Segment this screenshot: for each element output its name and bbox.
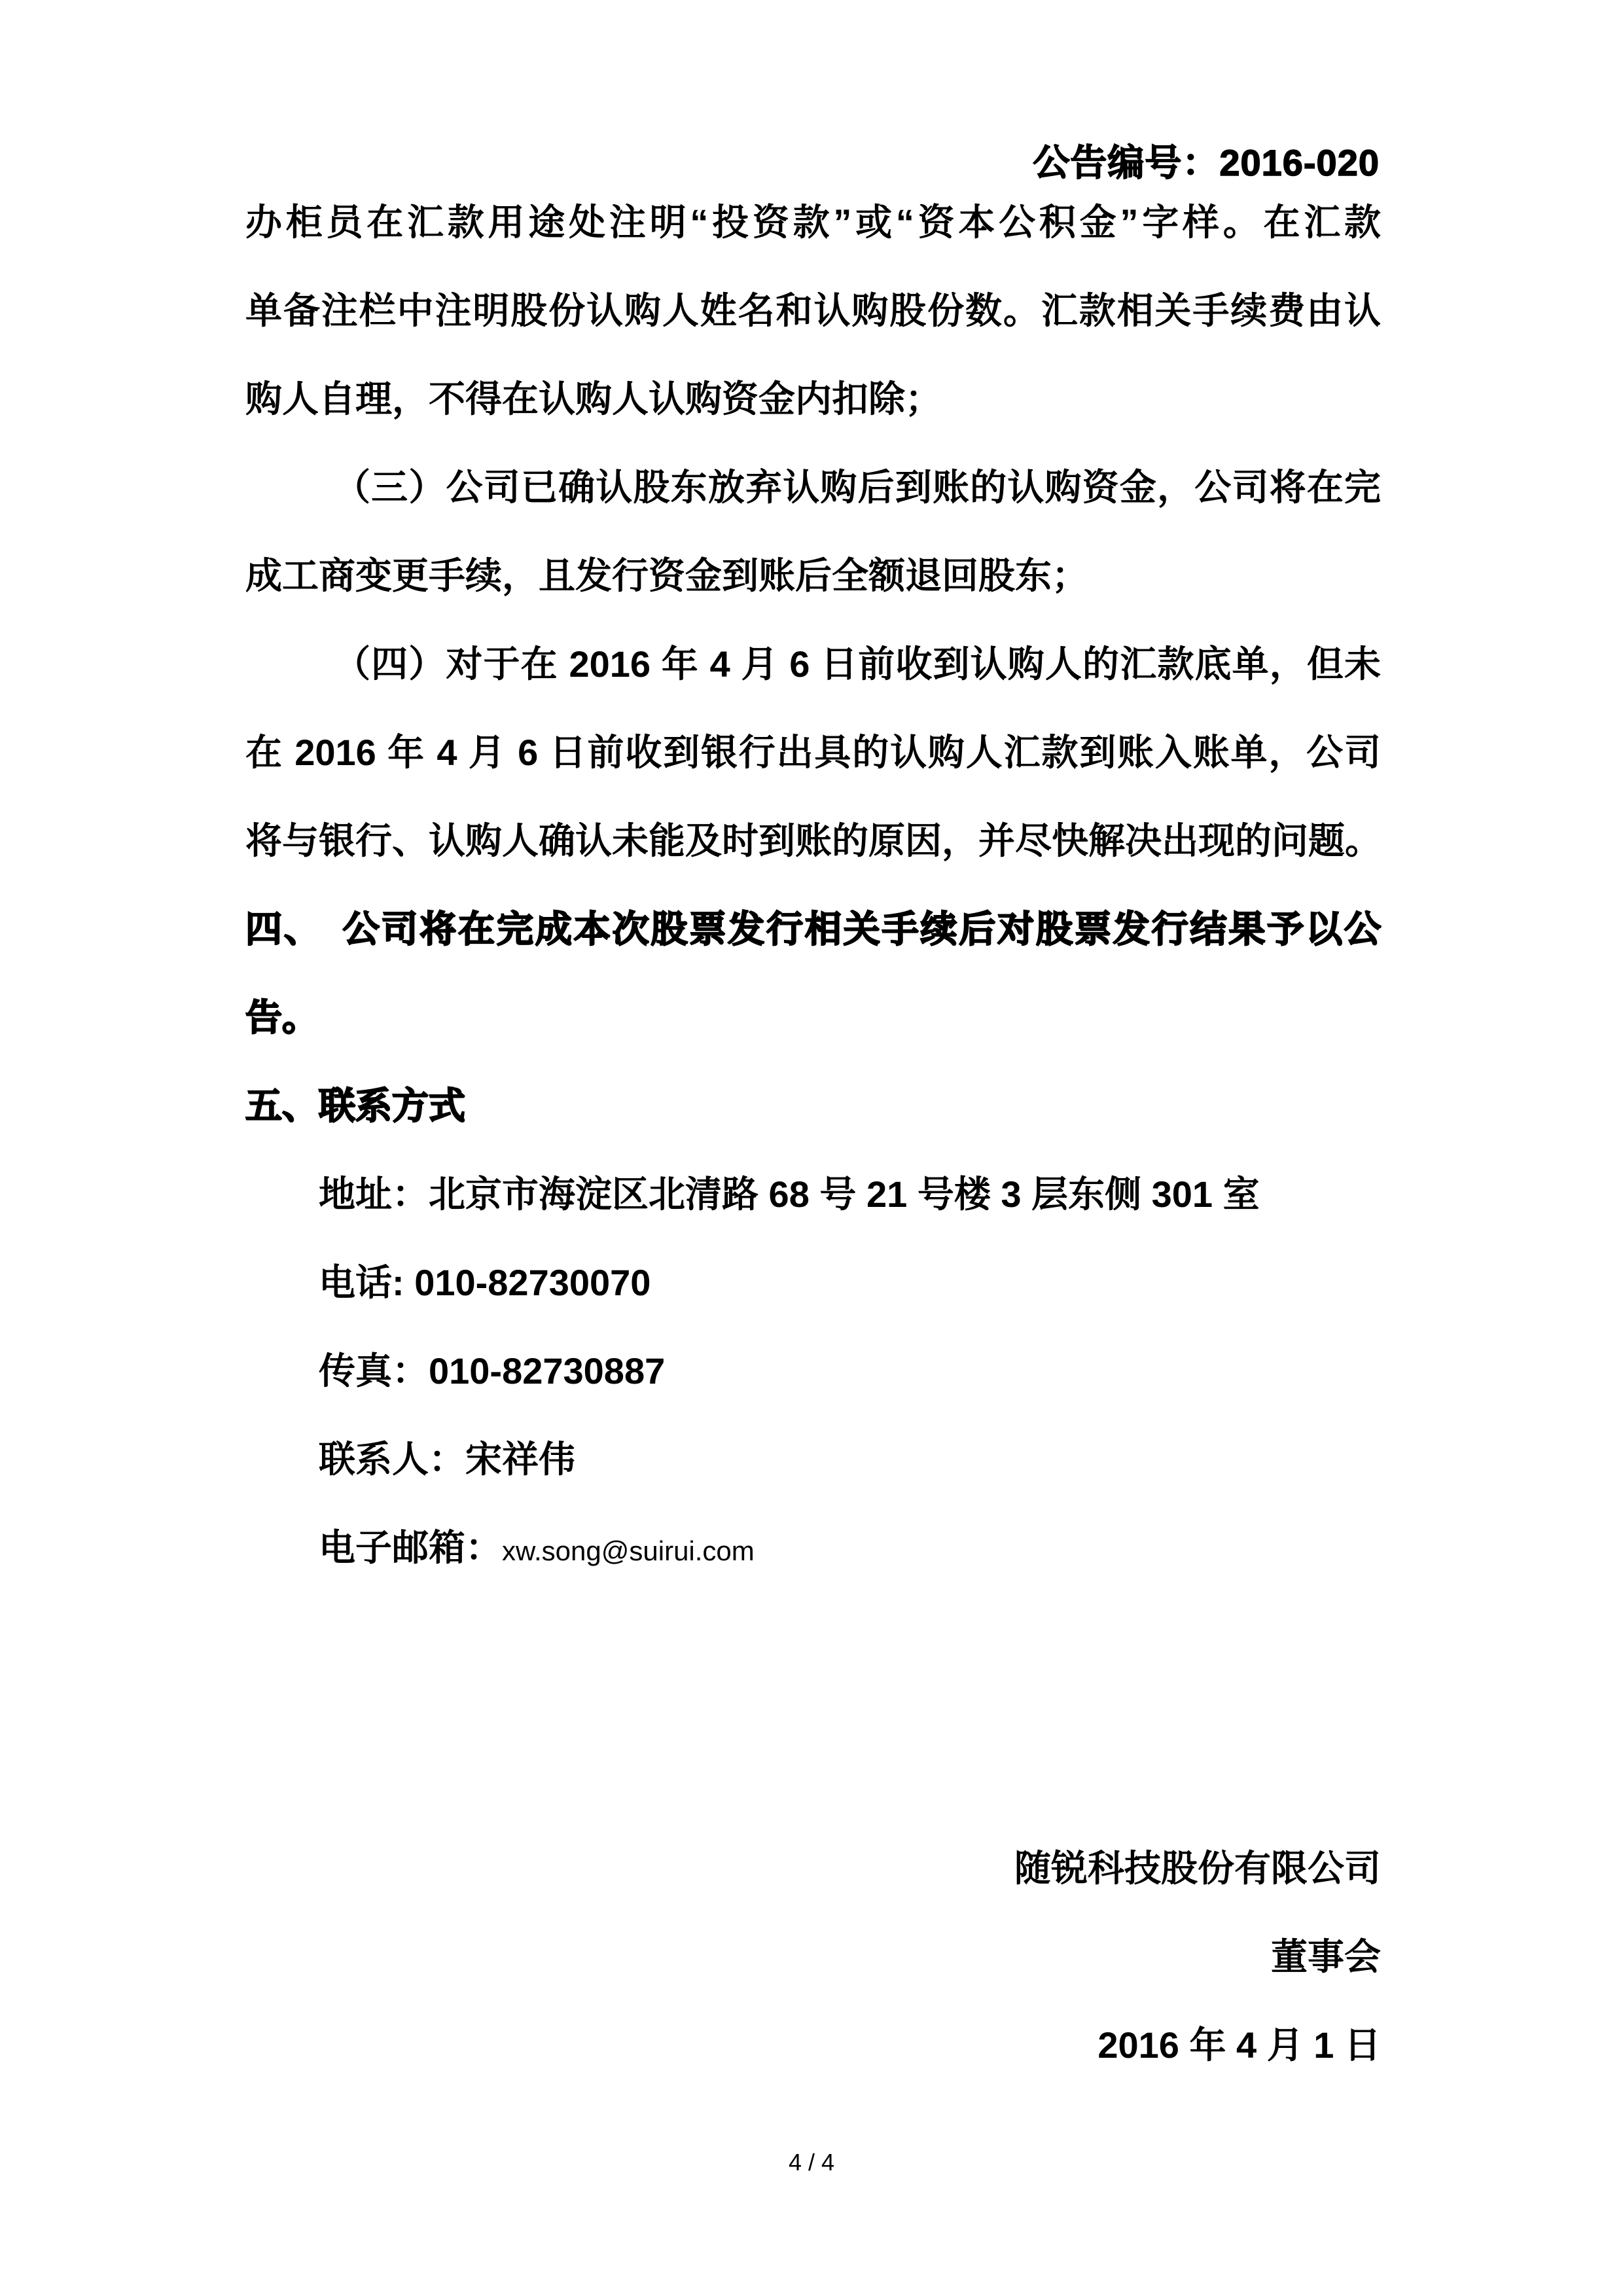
- contact-person: 联系人：宋祥伟: [245, 1415, 1381, 1503]
- paragraph-item-three: （三）公司已确认股东放弃认购后到账的认购资金，公司将在完成工商变更手续，且发行资…: [245, 443, 1381, 620]
- text-line: 办柜员在汇款用途处注明“投资款”或“资本公积金”字样。在汇款: [245, 178, 1381, 266]
- contact-phone: 电话: 010-82730070: [245, 1238, 1381, 1327]
- text-line: 告。: [245, 973, 1381, 1062]
- contact-email-address: xw.song@suirui.com: [502, 1535, 755, 1566]
- text-line: 五、联系方式: [245, 1062, 1381, 1150]
- text-line: 购人自理，不得在认购人认购资金内扣除；: [245, 355, 1381, 443]
- text-line: 单备注栏中注明股份认购人姓名和认购股份数。汇款相关手续费由认: [245, 266, 1381, 355]
- text-line: （三）公司已确认股东放弃认购后到账的认购资金，公司将在完: [245, 443, 1381, 531]
- contact-info: 地址：北京市海淀区北清路 68 号 21 号楼 3 层东侧 301 室 电话: …: [245, 1150, 1381, 1595]
- heading-section-four: 四、 公司将在完成本次股票发行相关手续后对股票发行结果予以公告。: [245, 885, 1381, 1062]
- text-line: 将与银行、认购人确认未能及时到账的原因，并尽快解决出现的问题。: [245, 797, 1381, 885]
- contact-email-label: 电子邮箱：: [319, 1527, 502, 1568]
- paragraph-item-four: （四）对于在 2016 年 4 月 6 日前收到认购人的汇款底单，但未在 201…: [245, 620, 1381, 885]
- heading-section-five-contact: 五、联系方式: [245, 1062, 1381, 1150]
- paragraph-remittance-note: 办柜员在汇款用途处注明“投资款”或“资本公积金”字样。在汇款单备注栏中注明股份认…: [245, 178, 1381, 443]
- text-line: 成工商变更手续，且发行资金到账后全额退回股东；: [245, 531, 1381, 620]
- page-number: 4 / 4: [0, 2149, 1623, 2176]
- text-line: 四、 公司将在完成本次股票发行相关手续后对股票发行结果予以公: [245, 885, 1381, 973]
- text-line: 在 2016 年 4 月 6 日前收到银行出具的认购人汇款到账入账单，公司: [245, 708, 1381, 797]
- document-page: 公告编号：2016-020 办柜员在汇款用途处注明“投资款”或“资本公积金”字样…: [0, 0, 1623, 2296]
- contact-address: 地址：北京市海淀区北清路 68 号 21 号楼 3 层东侧 301 室: [245, 1150, 1381, 1238]
- signature-block: 随锐科技股份有限公司 董事会 2016 年 4 月 1 日: [245, 1824, 1381, 2089]
- signature-company: 随锐科技股份有限公司: [245, 1824, 1381, 1912]
- document-body: 办柜员在汇款用途处注明“投资款”或“资本公积金”字样。在汇款单备注栏中注明股份认…: [245, 178, 1381, 2089]
- signature-board: 董事会: [245, 1912, 1381, 2001]
- contact-fax: 传真：010-82730887: [245, 1327, 1381, 1415]
- signature-date: 2016 年 4 月 1 日: [245, 2001, 1381, 2089]
- text-line: （四）对于在 2016 年 4 月 6 日前收到认购人的汇款底单，但未: [245, 620, 1381, 708]
- contact-email-line: 电子邮箱：xw.song@suirui.com: [245, 1503, 1381, 1595]
